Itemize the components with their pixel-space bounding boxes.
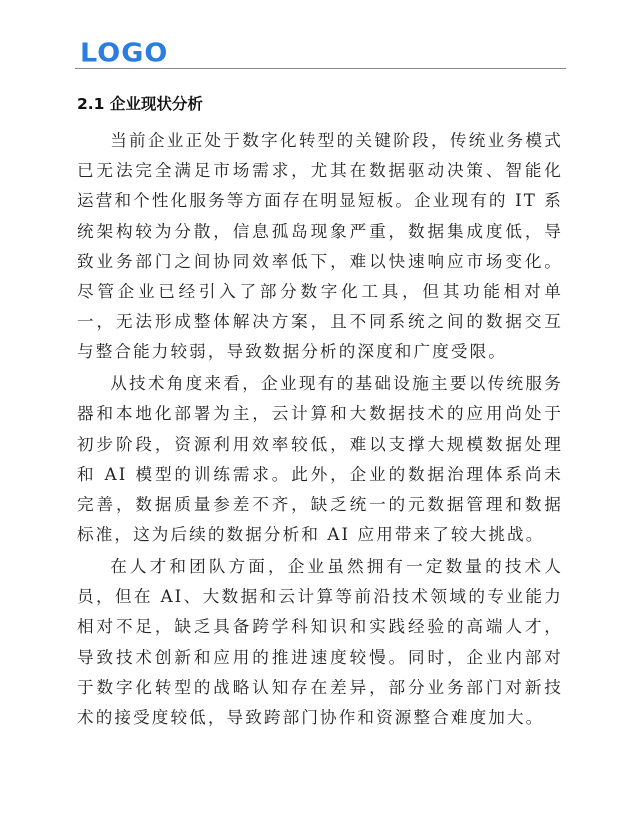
document-page: LOGO 2.1 企业现状分析 当前企业正处于数字化转型的关键阶段，传统业务模式…: [0, 0, 640, 829]
section-body: 当前企业正处于数字化转型的关键阶段，传统业务模式已无法完全满足市场需求，尤其在数…: [77, 126, 563, 735]
paragraph-talent: 在人才和团队方面，企业虽然拥有一定数量的技术人员，但在 AI、大数据和云计算等前…: [77, 552, 563, 733]
section-heading: 2.1 企业现状分析: [77, 94, 203, 114]
header-divider: [75, 68, 566, 69]
paragraph-current-status: 当前企业正处于数字化转型的关键阶段，传统业务模式已无法完全满足市场需求，尤其在数…: [77, 126, 563, 368]
paragraph-technology: 从技术角度来看，企业现有的基础设施主要以传统服务器和本地化部署为主，云计算和大数…: [77, 369, 563, 550]
company-logo: LOGO: [80, 39, 168, 69]
